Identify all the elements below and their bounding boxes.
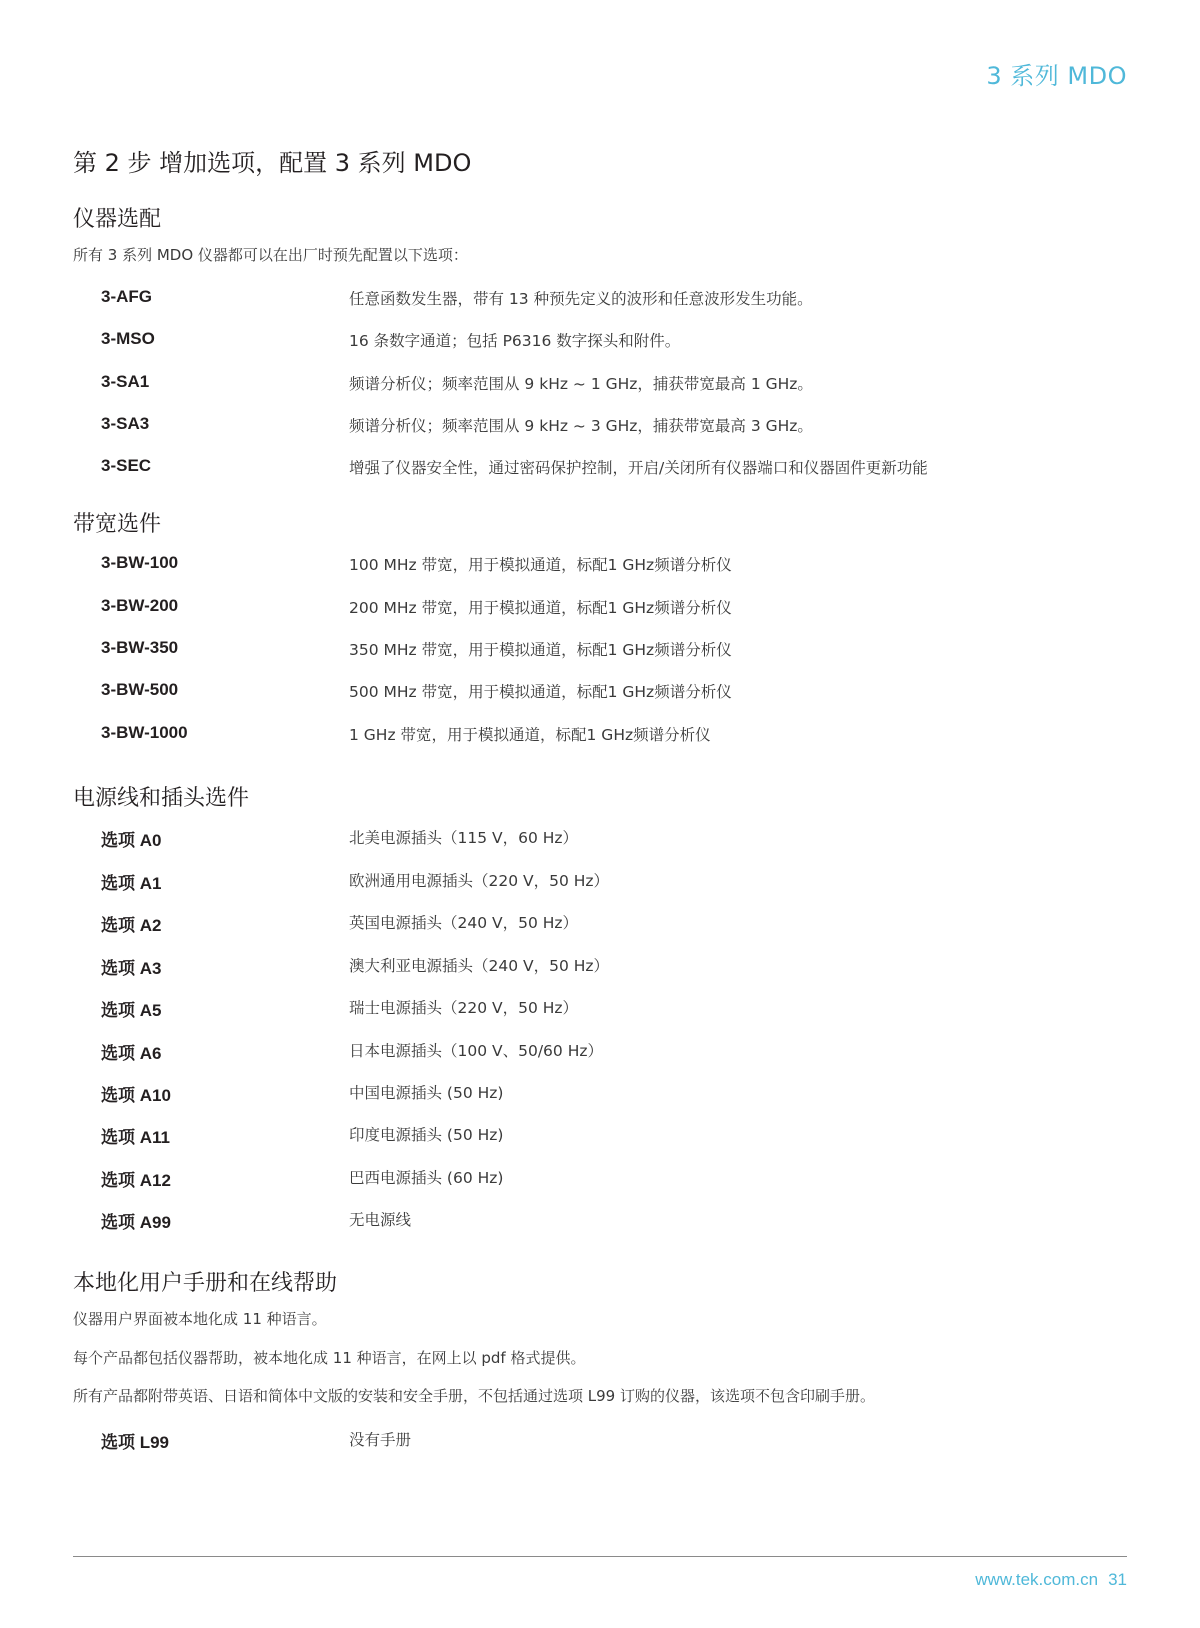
instrument-intro: 所有 3 系列 MDO 仪器都可以在出厂时预先配置以下选项： — [73, 244, 468, 265]
option-code: 选项 A6 — [101, 1039, 161, 1064]
option-code: 选项 A0 — [101, 826, 161, 851]
localization-paragraph: 仪器用户界面被本地化成 11 种语言。 — [73, 1308, 327, 1329]
option-desc: 频谱分析仪；频率范围从 9 kHz ~ 1 GHz，捕获带宽最高 1 GHz。 — [349, 372, 813, 394]
option-desc: 无电源线 — [349, 1208, 411, 1230]
option-row: 3-BW-1000 1 GHz 带宽，用于模拟通道，标配1 GHz频谱分析仪 — [101, 723, 1101, 747]
option-row: 选项 A5 瑞士电源插头（220 V，50 Hz） — [101, 996, 1101, 1020]
footer-divider — [73, 1556, 1127, 1557]
option-desc: 日本电源插头（100 V、50/60 Hz） — [349, 1039, 603, 1061]
option-desc: 16 条数字通道；包括 P6316 数字探头和附件。 — [349, 329, 680, 351]
option-desc: 中国电源插头 (50 Hz) — [349, 1081, 503, 1103]
option-desc: 欧洲通用电源插头（220 V，50 Hz） — [349, 869, 609, 891]
option-row: 3-MSO 16 条数字通道；包括 P6316 数字探头和附件。 — [101, 329, 1101, 353]
option-code: 选项 L99 — [101, 1428, 169, 1453]
option-row: 选项 A2 英国电源插头（240 V，50 Hz） — [101, 911, 1101, 935]
option-row: 选项 A12 巴西电源插头 (60 Hz) — [101, 1166, 1101, 1190]
option-row: 选项 A6 日本电源插头（100 V、50/60 Hz） — [101, 1039, 1101, 1063]
option-code: 3-SEC — [101, 456, 151, 476]
option-desc: 350 MHz 带宽，用于模拟通道，标配1 GHz频谱分析仪 — [349, 638, 732, 660]
localization-paragraph: 每个产品都包括仪器帮助，被本地化成 11 种语言，在网上以 pdf 格式提供。 — [73, 1347, 586, 1368]
option-code: 3-MSO — [101, 329, 155, 349]
section-heading-power: 电源线和插头选件 — [73, 781, 249, 812]
option-code: 3-BW-100 — [101, 553, 178, 573]
option-row: 选项 A11 印度电源插头 (50 Hz) — [101, 1123, 1101, 1147]
option-row: 3-SA1 频谱分析仪；频率范围从 9 kHz ~ 1 GHz，捕获带宽最高 1… — [101, 372, 1101, 396]
option-code: 3-BW-1000 — [101, 723, 188, 743]
option-code: 3-BW-500 — [101, 680, 178, 700]
option-row: 选项 L99 没有手册 — [101, 1428, 1101, 1452]
option-code: 3-AFG — [101, 287, 152, 307]
option-desc: 100 MHz 带宽，用于模拟通道，标配1 GHz频谱分析仪 — [349, 553, 732, 575]
option-desc: 澳大利亚电源插头（240 V，50 Hz） — [349, 954, 609, 976]
option-row: 3-SEC 增强了仪器安全性，通过密码保护控制，开启/关闭所有仪器端口和仪器固件… — [101, 456, 1101, 480]
option-row: 3-BW-200 200 MHz 带宽，用于模拟通道，标配1 GHz频谱分析仪 — [101, 596, 1101, 620]
section-heading-instrument: 仪器选配 — [73, 202, 161, 233]
option-code: 选项 A11 — [101, 1123, 170, 1148]
option-desc: 任意函数发生器，带有 13 种预先定义的波形和任意波形发生功能。 — [349, 287, 813, 309]
option-row: 3-SA3 频谱分析仪；频率范围从 9 kHz ~ 3 GHz，捕获带宽最高 3… — [101, 414, 1101, 438]
option-code: 选项 A10 — [101, 1081, 171, 1106]
option-desc: 200 MHz 带宽，用于模拟通道，标配1 GHz频谱分析仪 — [349, 596, 732, 618]
localization-paragraph: 所有产品都附带英语、日语和简体中文版的安装和安全手册，不包括通过选项 L99 订… — [73, 1385, 875, 1406]
option-desc: 频谱分析仪；频率范围从 9 kHz ~ 3 GHz，捕获带宽最高 3 GHz。 — [349, 414, 813, 436]
option-row: 选项 A10 中国电源插头 (50 Hz) — [101, 1081, 1101, 1105]
section-heading-bandwidth: 带宽选件 — [73, 507, 161, 538]
option-desc: 增强了仪器安全性，通过密码保护控制，开启/关闭所有仪器端口和仪器固件更新功能 — [349, 456, 928, 478]
option-desc: 1 GHz 带宽，用于模拟通道，标配1 GHz频谱分析仪 — [349, 723, 711, 745]
option-desc: 没有手册 — [349, 1428, 411, 1450]
option-row: 选项 A1 欧洲通用电源插头（220 V，50 Hz） — [101, 869, 1101, 893]
footer-url[interactable]: www.tek.com.cn — [975, 1570, 1098, 1589]
option-row: 3-BW-350 350 MHz 带宽，用于模拟通道，标配1 GHz频谱分析仪 — [101, 638, 1101, 662]
option-row: 3-AFG 任意函数发生器，带有 13 种预先定义的波形和任意波形发生功能。 — [101, 287, 1101, 311]
option-desc: 500 MHz 带宽，用于模拟通道，标配1 GHz频谱分析仪 — [349, 680, 732, 702]
option-code: 选项 A5 — [101, 996, 161, 1021]
option-row: 选项 A3 澳大利亚电源插头（240 V，50 Hz） — [101, 954, 1101, 978]
page-title: 第 2 步 增加选项，配置 3 系列 MDO — [73, 143, 471, 178]
option-row: 3-BW-500 500 MHz 带宽，用于模拟通道，标配1 GHz频谱分析仪 — [101, 680, 1101, 704]
option-code: 3-BW-200 — [101, 596, 178, 616]
option-code: 3-BW-350 — [101, 638, 178, 658]
option-code: 选项 A99 — [101, 1208, 171, 1233]
option-desc: 巴西电源插头 (60 Hz) — [349, 1166, 503, 1188]
option-desc: 瑞士电源插头（220 V，50 Hz） — [349, 996, 578, 1018]
option-row: 选项 A0 北美电源插头（115 V，60 Hz） — [101, 826, 1101, 850]
footer: www.tek.com.cn31 — [975, 1570, 1127, 1590]
option-code: 3-SA1 — [101, 372, 149, 392]
option-code: 选项 A12 — [101, 1166, 171, 1191]
option-desc: 印度电源插头 (50 Hz) — [349, 1123, 503, 1145]
series-title: 3 系列 MDO — [986, 56, 1127, 91]
option-code: 3-SA3 — [101, 414, 149, 434]
option-desc: 英国电源插头（240 V，50 Hz） — [349, 911, 578, 933]
option-row: 3-BW-100 100 MHz 带宽，用于模拟通道，标配1 GHz频谱分析仪 — [101, 553, 1101, 577]
option-code: 选项 A2 — [101, 911, 161, 936]
option-row: 选项 A99 无电源线 — [101, 1208, 1101, 1232]
section-heading-localization: 本地化用户手册和在线帮助 — [73, 1266, 337, 1297]
option-code: 选项 A3 — [101, 954, 161, 979]
page-number: 31 — [1108, 1570, 1127, 1589]
option-code: 选项 A1 — [101, 869, 161, 894]
option-desc: 北美电源插头（115 V，60 Hz） — [349, 826, 578, 848]
